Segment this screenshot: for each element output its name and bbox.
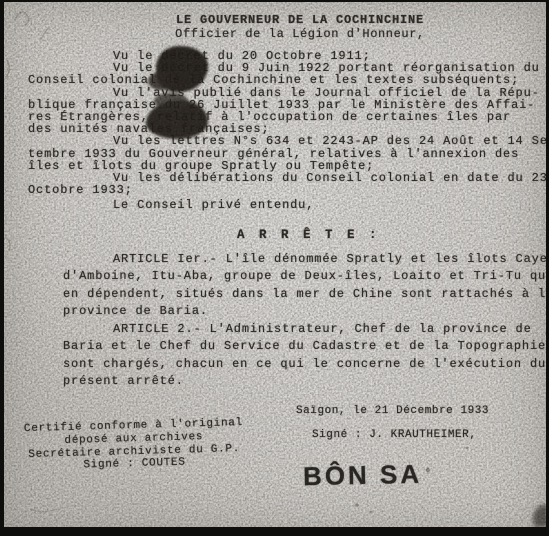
place-date-line: Saïgon, le 21 Décembre 1933 xyxy=(296,405,489,417)
photo-border-top xyxy=(0,0,549,2)
photo-border-left xyxy=(0,0,4,536)
document-subtitle: Officier de la Légion d'Honneur, xyxy=(150,27,450,42)
article-line: présent arrêté. xyxy=(63,373,541,390)
article-line: province de Baria. xyxy=(63,303,541,320)
council-heard-line: Le Conseil privé entendu, xyxy=(113,198,314,212)
preamble-line: Conseil colonial de la Cochinchine et le… xyxy=(28,74,540,86)
ink-blot-icon xyxy=(146,100,208,139)
preamble-line: Octobre 1933; xyxy=(28,184,540,196)
preamble-block: Vu le décret du 20 Octobre 1911; Vu le d… xyxy=(28,50,540,196)
scanned-decree-document: LE GOUVERNEUR DE LA COCHINCHINE Officier… xyxy=(0,0,549,536)
arrete-heading: A R R Ê T E : xyxy=(237,228,380,242)
article-2-block: ARTICLE 2.- L'Administrateur, Chef de la… xyxy=(63,321,541,391)
preamble-line: tembre 1933 du Gouverneur général, relat… xyxy=(28,148,540,160)
article-line: sont chargés, chacun en ce qui le concer… xyxy=(63,356,541,373)
photo-border-bottom xyxy=(0,527,549,536)
governor-signature-line: Signé : J. KRAUTHEIMER, xyxy=(312,429,476,441)
article-line: en dépendent, situés dans la mer de Chin… xyxy=(63,286,541,303)
bon-sa-stamp: BÔN SA xyxy=(303,459,423,492)
article-line: d'Amboine, Itu-Aba, groupe de Deux-îles,… xyxy=(63,268,541,285)
article-1-block: ARTICLE Ier.- L'île dénommée Spratly et … xyxy=(63,251,541,321)
document-header: LE GOUVERNEUR DE LA COCHINCHINE Officier… xyxy=(150,13,450,42)
preamble-line: Vu l'avis publié dans le Journal officie… xyxy=(28,87,540,99)
article-line: Baria et le Chef du Service du Cadastre … xyxy=(63,338,541,355)
preamble-line: Vu les lettres N°s 634 et 2243-AP des 24… xyxy=(28,135,540,147)
article-line: ARTICLE 2.- L'Administrateur, Chef de la… xyxy=(63,321,541,338)
article-line: ARTICLE Ier.- L'île dénommée Spratly et … xyxy=(63,251,541,268)
certification-block: Certifié conforme à l'original déposé au… xyxy=(15,417,252,475)
document-title: LE GOUVERNEUR DE LA COCHINCHINE xyxy=(150,13,450,27)
